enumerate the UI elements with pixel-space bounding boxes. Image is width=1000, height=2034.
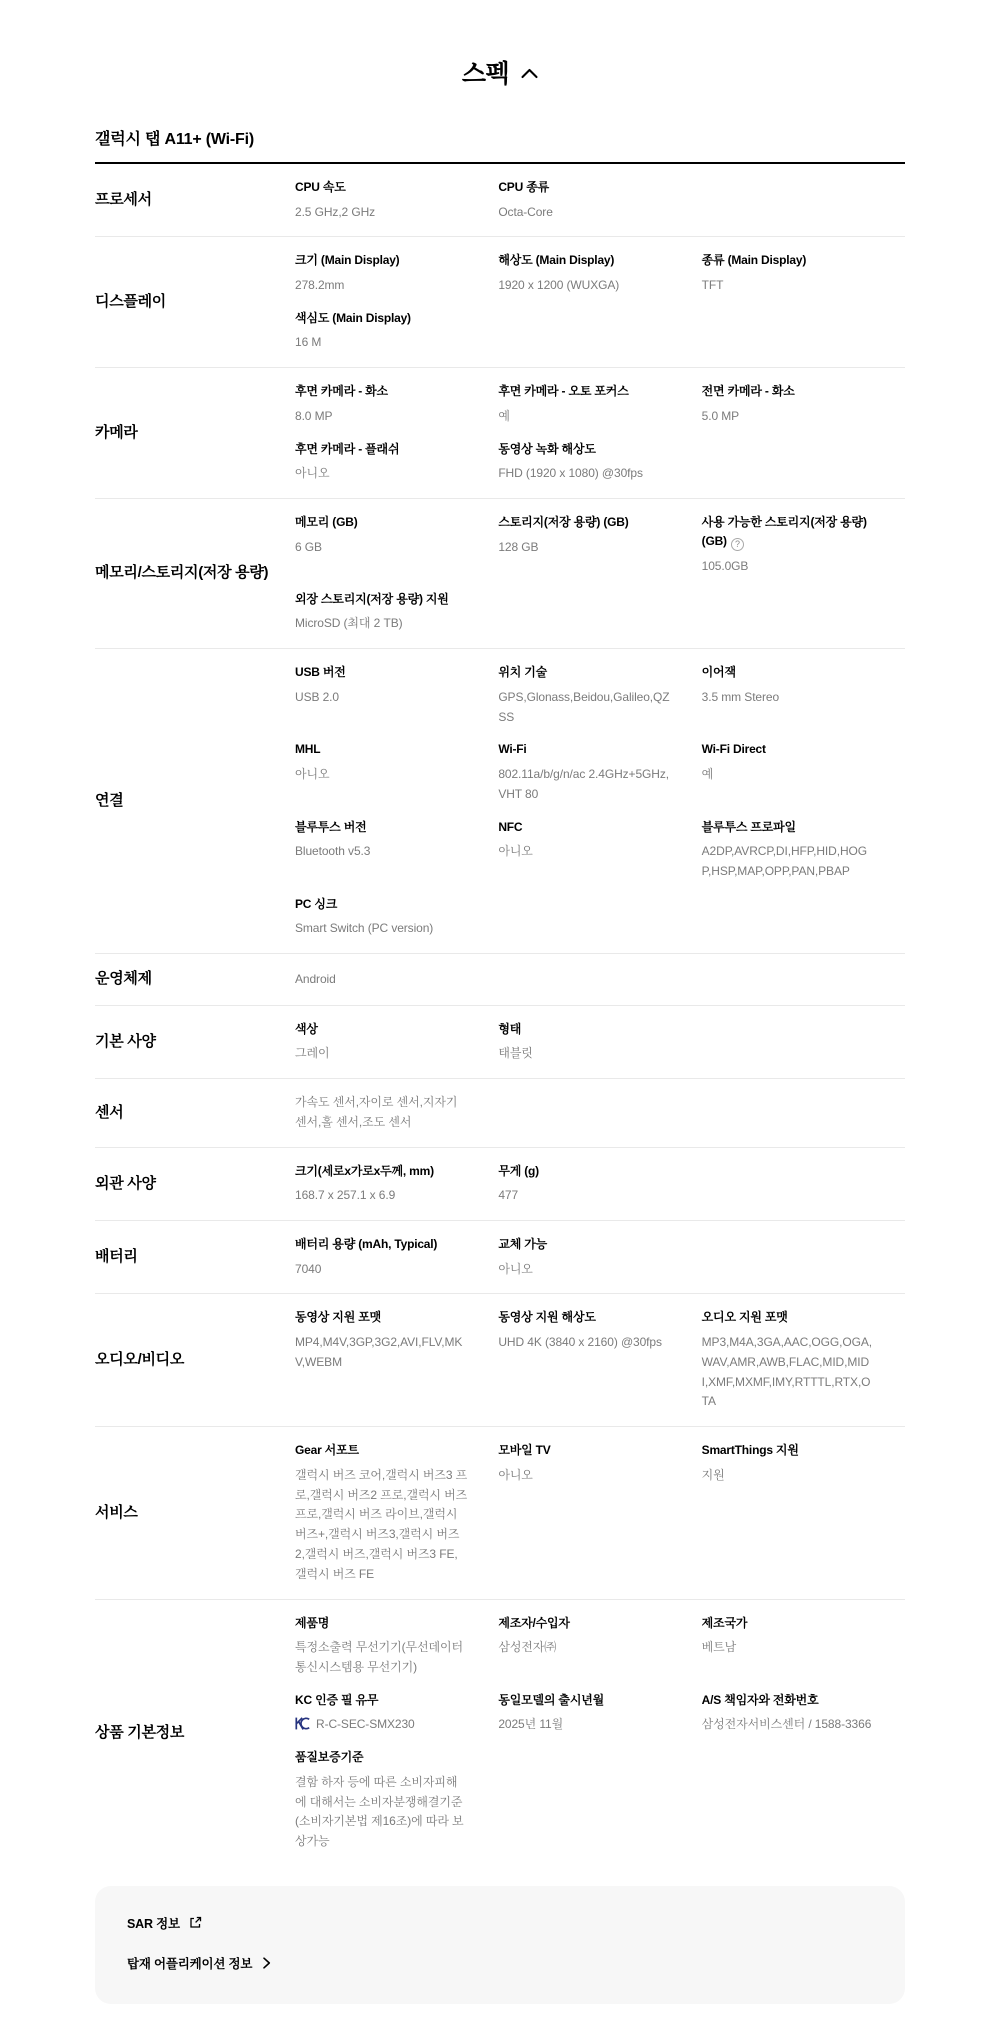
spec-cell: 종류 (Main Display)TFT bbox=[702, 251, 905, 295]
spec-item-value: 지원 bbox=[702, 1466, 875, 1486]
spec-cell: 가속도 센서,자이로 센서,지자기 센서,홀 센서,조도 센서 bbox=[295, 1093, 498, 1133]
spec-cell: 제조자/수입자삼성전자㈜ bbox=[498, 1614, 701, 1658]
spec-item-value: 3.5 mm Stereo bbox=[702, 688, 875, 708]
spec-item-label: 크기 (Main Display) bbox=[295, 251, 468, 270]
spec-item-value: 삼성전자서비스센터 / 1588-3366 bbox=[702, 1715, 875, 1735]
chevron-right-icon bbox=[261, 1957, 272, 1969]
spec-item-label: 품질보증기준 bbox=[295, 1748, 468, 1767]
spec-cell: 블루투스 버전Bluetooth v5.3 bbox=[295, 818, 498, 862]
spec-content: 갤럭시 탭 A11+ (Wi-Fi) 프로세서 CPU 속도2.5 GHz,2 … bbox=[95, 126, 905, 2004]
spec-item-value: 128 GB bbox=[498, 538, 671, 558]
spec-item-label: CPU 종류 bbox=[498, 178, 671, 197]
spec-row: 카메라 후면 카메라 - 화소8.0 MP후면 카메라 - 오토 포커스예전면 … bbox=[95, 368, 905, 499]
spec-item-value: MP4,M4V,3GP,3G2,AVI,FLV,MKV,WEBM bbox=[295, 1333, 468, 1373]
spec-item-label: NFC bbox=[498, 818, 671, 837]
spec-row: 운영체제 Android bbox=[95, 954, 905, 1006]
spec-cell: 후면 카메라 - 오토 포커스예 bbox=[498, 382, 701, 426]
spec-row: 메모리/스토리지(저장 용량) 메모리 (GB)6 GB스토리지(저장 용량) … bbox=[95, 499, 905, 649]
spec-item-value: 5.0 MP bbox=[702, 407, 875, 427]
spec-item-label: 전면 카메라 - 화소 bbox=[702, 382, 875, 401]
spec-item-value: GPS,Glonass,Beidou,Galileo,QZSS bbox=[498, 688, 671, 728]
spec-cell: 스토리지(저장 용량) (GB)128 GB bbox=[498, 513, 701, 557]
spec-item-value: MP3,M4A,3GA,AAC,OGG,OGA,WAV,AMR,AWB,FLAC… bbox=[702, 1333, 875, 1412]
spec-item-value: 예 bbox=[498, 407, 671, 427]
spec-cell: 동일모델의 출시년월2025년 11월 bbox=[498, 1691, 701, 1735]
spec-row: 프로세서 CPU 속도2.5 GHz,2 GHzCPU 종류Octa-Core bbox=[95, 164, 905, 237]
row-grid: 배터리 용량 (mAh, Typical)7040교체 가능아니오 bbox=[295, 1235, 905, 1279]
row-label: 운영체제 bbox=[95, 968, 295, 991]
spec-item-value: 갤럭시 버즈 코어,갤럭시 버즈3 프로,갤럭시 버즈2 프로,갤럭시 버즈 프… bbox=[295, 1466, 468, 1585]
spec-cell: 동영상 지원 포맷MP4,M4V,3GP,3G2,AVI,FLV,MKV,WEB… bbox=[295, 1308, 498, 1372]
spec-item-value: 예 bbox=[702, 765, 875, 785]
spec-cell: 색상그레이 bbox=[295, 1020, 498, 1064]
spec-item-label: 외장 스토리지(저장 용량) 지원 bbox=[295, 590, 468, 609]
spec-cell: 크기(세로x가로x두께, mm)168.7 x 257.1 x 6.9 bbox=[295, 1162, 498, 1206]
spec-item-value: Octa-Core bbox=[498, 203, 671, 223]
spec-row: 서비스 Gear 서포트갤럭시 버즈 코어,갤럭시 버즈3 프로,갤럭시 버즈2… bbox=[95, 1427, 905, 1599]
row-label: 배터리 bbox=[95, 1246, 295, 1269]
row-label: 프로세서 bbox=[95, 189, 295, 212]
spec-item-label: 블루투스 프로파일 bbox=[702, 818, 875, 837]
spec-cell: 위치 기술GPS,Glonass,Beidou,Galileo,QZSS bbox=[498, 663, 701, 727]
row-label: 오디오/비디오 bbox=[95, 1349, 295, 1372]
spec-item-value: R-C-SEC-SMX230 bbox=[295, 1715, 468, 1735]
spec-item-value: 그레이 bbox=[295, 1044, 468, 1064]
spec-row: 배터리 배터리 용량 (mAh, Typical)7040교체 가능아니오 bbox=[95, 1221, 905, 1294]
spec-item-label: KC 인증 필 유무 bbox=[295, 1691, 468, 1710]
spec-item-value: 태블릿 bbox=[498, 1044, 671, 1064]
spec-item-value: 아니오 bbox=[498, 842, 671, 862]
spec-item-label: 후면 카메라 - 화소 bbox=[295, 382, 468, 401]
spec-item-label: A/S 책임자와 전화번호 bbox=[702, 1691, 875, 1710]
spec-item-label: 후면 카메라 - 플래쉬 bbox=[295, 440, 468, 459]
spec-row: 센서 가속도 센서,자이로 센서,지자기 센서,홀 센서,조도 센서 bbox=[95, 1079, 905, 1148]
chevron-up-icon bbox=[521, 65, 538, 79]
spec-item-label: MHL bbox=[295, 740, 468, 759]
help-tooltip-icon[interactable]: ? bbox=[731, 538, 744, 551]
sar-info-label: SAR 정보 bbox=[127, 1914, 180, 1932]
spec-item-value: Smart Switch (PC version) bbox=[295, 919, 468, 939]
spec-item-label: 동영상 지원 해상도 bbox=[498, 1308, 671, 1327]
spec-cell: MHL아니오 bbox=[295, 740, 498, 784]
spec-cell: 해상도 (Main Display)1920 x 1200 (WUXGA) bbox=[498, 251, 701, 295]
spec-item-label: 무게 (g) bbox=[498, 1162, 671, 1181]
spec-item-value: 2.5 GHz,2 GHz bbox=[295, 203, 468, 223]
spec-cell: Wi-Fi802.11a/b/g/n/ac 2.4GHz+5GHz, VHT 8… bbox=[498, 740, 701, 804]
spec-item-value: Android bbox=[295, 970, 468, 990]
spec-item-value: 베트남 bbox=[702, 1638, 875, 1658]
spec-item-label: 동영상 녹화 해상도 bbox=[498, 440, 671, 459]
spec-item-label: 종류 (Main Display) bbox=[702, 251, 875, 270]
spec-item-value: UHD 4K (3840 x 2160) @30fps bbox=[498, 1333, 671, 1353]
row-label: 메모리/스토리지(저장 용량) bbox=[95, 562, 295, 585]
row-grid: USB 버전USB 2.0위치 기술GPS,Glonass,Beidou,Gal… bbox=[295, 663, 905, 939]
spec-item-label: 제조국가 bbox=[702, 1614, 875, 1633]
spec-item-value: 2025년 11월 bbox=[498, 1715, 671, 1735]
spec-cell: 후면 카메라 - 화소8.0 MP bbox=[295, 382, 498, 426]
spec-cell: CPU 속도2.5 GHz,2 GHz bbox=[295, 178, 498, 222]
spec-item-value: USB 2.0 bbox=[295, 688, 468, 708]
spec-cell: 배터리 용량 (mAh, Typical)7040 bbox=[295, 1235, 498, 1279]
spec-item-label: 제조자/수입자 bbox=[498, 1614, 671, 1633]
spec-item-label: 제품명 bbox=[295, 1614, 468, 1633]
spec-item-label: 모바일 TV bbox=[498, 1441, 671, 1460]
preloaded-apps-info-label: 탑재 어플리케이션 정보 bbox=[127, 1954, 252, 1972]
spec-item-value: 특정소출력 무선기기(무선데이터통신시스템용 무선기기) bbox=[295, 1638, 468, 1678]
spec-item-label: USB 버전 bbox=[295, 663, 468, 682]
row-label: 카메라 bbox=[95, 422, 295, 445]
spec-item-value: 아니오 bbox=[498, 1260, 671, 1280]
kc-certification-icon bbox=[295, 1715, 310, 1735]
spec-cell: 교체 가능아니오 bbox=[498, 1235, 701, 1279]
row-label: 외관 사양 bbox=[95, 1173, 295, 1196]
spec-row: 외관 사양 크기(세로x가로x두께, mm)168.7 x 257.1 x 6.… bbox=[95, 1148, 905, 1221]
row-grid: 크기 (Main Display)278.2mm해상도 (Main Displa… bbox=[295, 251, 905, 353]
spec-row: 연결 USB 버전USB 2.0위치 기술GPS,Glonass,Beidou,… bbox=[95, 649, 905, 954]
spec-item-value: 802.11a/b/g/n/ac 2.4GHz+5GHz, VHT 80 bbox=[498, 765, 671, 805]
spec-item-label: 동일모델의 출시년월 bbox=[498, 1691, 671, 1710]
spec-item-label: 이어잭 bbox=[702, 663, 875, 682]
row-label: 연결 bbox=[95, 790, 295, 813]
spec-cell: 모바일 TV아니오 bbox=[498, 1441, 701, 1485]
spec-cell: 동영상 녹화 해상도FHD (1920 x 1080) @30fps bbox=[498, 440, 701, 484]
spec-item-value: 16 M bbox=[295, 333, 468, 353]
spec-cell: 크기 (Main Display)278.2mm bbox=[295, 251, 498, 295]
spec-item-value: 278.2mm bbox=[295, 276, 468, 296]
spec-item-label: 색심도 (Main Display) bbox=[295, 309, 468, 328]
row-label: 기본 사양 bbox=[95, 1031, 295, 1054]
external-link-icon bbox=[189, 1916, 202, 1929]
spec-row: 상품 기본정보 제품명특정소출력 무선기기(무선데이터통신시스템용 무선기기)제… bbox=[95, 1600, 905, 1866]
spec-cell: 형태태블릿 bbox=[498, 1020, 701, 1064]
spec-item-label: 후면 카메라 - 오토 포커스 bbox=[498, 382, 671, 401]
spec-item-label: 형태 bbox=[498, 1020, 671, 1039]
spec-table: 프로세서 CPU 속도2.5 GHz,2 GHzCPU 종류Octa-Core … bbox=[95, 164, 905, 1866]
spec-item-label: CPU 속도 bbox=[295, 178, 468, 197]
spec-cell: 동영상 지원 해상도UHD 4K (3840 x 2160) @30fps bbox=[498, 1308, 701, 1352]
spec-item-label: 교체 가능 bbox=[498, 1235, 671, 1254]
spec-cell: NFC아니오 bbox=[498, 818, 701, 862]
spec-item-value: 아니오 bbox=[498, 1466, 671, 1486]
spec-row: 디스플레이 크기 (Main Display)278.2mm해상도 (Main … bbox=[95, 237, 905, 368]
spec-item-value: 아니오 bbox=[295, 765, 468, 785]
spec-cell: 메모리 (GB)6 GB bbox=[295, 513, 498, 557]
spec-cell: A/S 책임자와 전화번호삼성전자서비스센터 / 1588-3366 bbox=[702, 1691, 905, 1735]
spec-cell: 오디오 지원 포맷MP3,M4A,3GA,AAC,OGG,OGA,WAV,AMR… bbox=[702, 1308, 905, 1412]
spec-item-value: 105.0GB bbox=[702, 557, 875, 577]
row-label: 센서 bbox=[95, 1102, 295, 1125]
spec-cell: Android bbox=[295, 970, 498, 990]
row-grid: 크기(세로x가로x두께, mm)168.7 x 257.1 x 6.9무게 (g… bbox=[295, 1162, 905, 1206]
row-grid: 제품명특정소출력 무선기기(무선데이터통신시스템용 무선기기)제조자/수입자삼성… bbox=[295, 1614, 905, 1852]
row-grid: CPU 속도2.5 GHz,2 GHzCPU 종류Octa-Core bbox=[295, 178, 905, 222]
spec-item-value: FHD (1920 x 1080) @30fps bbox=[498, 464, 671, 484]
spec-item-label: 색상 bbox=[295, 1020, 468, 1039]
spec-item-label: 해상도 (Main Display) bbox=[498, 251, 671, 270]
spec-cell: Wi-Fi Direct예 bbox=[702, 740, 905, 784]
info-box: SAR 정보 탑재 어플리케이션 정보 bbox=[95, 1886, 905, 2004]
spec-row: 오디오/비디오 동영상 지원 포맷MP4,M4V,3GP,3G2,AVI,FLV… bbox=[95, 1294, 905, 1427]
spec-item-value: Bluetooth v5.3 bbox=[295, 842, 468, 862]
spec-cell: 품질보증기준결함 하자 등에 따른 소비자피해에 대해서는 소비자분쟁해결기준(… bbox=[295, 1748, 498, 1852]
spec-section-toggle[interactable]: 스펙 bbox=[0, 0, 1000, 90]
spec-item-label: 크기(세로x가로x두께, mm) bbox=[295, 1162, 468, 1181]
spec-cell: USB 버전USB 2.0 bbox=[295, 663, 498, 707]
row-grid: 후면 카메라 - 화소8.0 MP후면 카메라 - 오토 포커스예전면 카메라 … bbox=[295, 382, 905, 484]
spec-item-value: 삼성전자㈜ bbox=[498, 1638, 671, 1658]
row-grid: 가속도 센서,자이로 센서,지자기 센서,홀 센서,조도 센서 bbox=[295, 1093, 905, 1133]
spec-item-label: 사용 가능한 스토리지(저장 용량) (GB)? bbox=[702, 513, 875, 551]
spec-cell: 제품명특정소출력 무선기기(무선데이터통신시스템용 무선기기) bbox=[295, 1614, 498, 1678]
spec-item-label: 배터리 용량 (mAh, Typical) bbox=[295, 1235, 468, 1254]
spec-cell: PC 싱크Smart Switch (PC version) bbox=[295, 895, 498, 939]
spec-item-value: A2DP,AVRCP,DI,HFP,HID,HOGP,HSP,MAP,OPP,P… bbox=[702, 842, 875, 882]
spec-item-label: PC 싱크 bbox=[295, 895, 468, 914]
spec-item-value: 6 GB bbox=[295, 538, 468, 558]
sar-info-link[interactable]: SAR 정보 bbox=[127, 1914, 202, 1932]
spec-item-value: 결함 하자 등에 따른 소비자피해에 대해서는 소비자분쟁해결기준(소비자기본법… bbox=[295, 1773, 468, 1852]
row-label: 디스플레이 bbox=[95, 291, 295, 314]
spec-cell: Gear 서포트갤럭시 버즈 코어,갤럭시 버즈3 프로,갤럭시 버즈2 프로,… bbox=[295, 1441, 498, 1584]
spec-cell: 블루투스 프로파일A2DP,AVRCP,DI,HFP,HID,HOGP,HSP,… bbox=[702, 818, 905, 882]
spec-item-value: MicroSD (최대 2 TB) bbox=[295, 614, 468, 634]
spec-item-label: 동영상 지원 포맷 bbox=[295, 1308, 468, 1327]
spec-item-label: 메모리 (GB) bbox=[295, 513, 468, 532]
spec-item-label: Wi-Fi Direct bbox=[702, 740, 875, 759]
spec-cell: 무게 (g)477 bbox=[498, 1162, 701, 1206]
spec-item-value: 168.7 x 257.1 x 6.9 bbox=[295, 1186, 468, 1206]
spec-item-value: 가속도 센서,자이로 센서,지자기 센서,홀 센서,조도 센서 bbox=[295, 1093, 468, 1133]
spec-item-value: TFT bbox=[702, 276, 875, 296]
spec-cell: CPU 종류Octa-Core bbox=[498, 178, 701, 222]
spec-item-label: Gear 서포트 bbox=[295, 1441, 468, 1460]
spec-cell: 외장 스토리지(저장 용량) 지원MicroSD (최대 2 TB) bbox=[295, 590, 498, 634]
spec-item-label: Wi-Fi bbox=[498, 740, 671, 759]
spec-cell: SmartThings 지원지원 bbox=[702, 1441, 905, 1485]
spec-row: 기본 사양 색상그레이형태태블릿 bbox=[95, 1006, 905, 1079]
spec-item-value: 477 bbox=[498, 1186, 671, 1206]
spec-item-label: SmartThings 지원 bbox=[702, 1441, 875, 1460]
spec-page: 스펙 갤럭시 탭 A11+ (Wi-Fi) 프로세서 CPU 속도2.5 GHz… bbox=[0, 0, 1000, 2034]
spec-item-label: 오디오 지원 포맷 bbox=[702, 1308, 875, 1327]
spec-cell: 제조국가베트남 bbox=[702, 1614, 905, 1658]
preloaded-apps-info-link[interactable]: 탑재 어플리케이션 정보 bbox=[127, 1954, 272, 1972]
row-grid: 메모리 (GB)6 GB스토리지(저장 용량) (GB)128 GB사용 가능한… bbox=[295, 513, 905, 634]
spec-item-value: 아니오 bbox=[295, 464, 468, 484]
row-grid: 색상그레이형태태블릿 bbox=[295, 1020, 905, 1064]
spec-item-value: 1920 x 1200 (WUXGA) bbox=[498, 276, 671, 296]
row-grid: Gear 서포트갤럭시 버즈 코어,갤럭시 버즈3 프로,갤럭시 버즈2 프로,… bbox=[295, 1441, 905, 1584]
spec-cell: 전면 카메라 - 화소5.0 MP bbox=[702, 382, 905, 426]
spec-cell: 사용 가능한 스토리지(저장 용량) (GB)?105.0GB bbox=[702, 513, 905, 577]
row-label: 서비스 bbox=[95, 1502, 295, 1525]
spec-item-label: 스토리지(저장 용량) (GB) bbox=[498, 513, 671, 532]
row-label: 상품 기본정보 bbox=[95, 1722, 295, 1745]
spec-item-value: 8.0 MP bbox=[295, 407, 468, 427]
spec-cell: 후면 카메라 - 플래쉬아니오 bbox=[295, 440, 498, 484]
spec-cell: 색심도 (Main Display)16 M bbox=[295, 309, 498, 353]
spec-cell: 이어잭3.5 mm Stereo bbox=[702, 663, 905, 707]
page-title: 스펙 bbox=[462, 54, 509, 90]
spec-cell: KC 인증 필 유무R-C-SEC-SMX230 bbox=[295, 1691, 498, 1735]
spec-item-label: 위치 기술 bbox=[498, 663, 671, 682]
spec-item-label: 블루투스 버전 bbox=[295, 818, 468, 837]
spec-item-value: 7040 bbox=[295, 1260, 468, 1280]
product-name: 갤럭시 탭 A11+ (Wi-Fi) bbox=[95, 126, 905, 164]
row-grid: Android bbox=[295, 970, 905, 990]
row-grid: 동영상 지원 포맷MP4,M4V,3GP,3G2,AVI,FLV,MKV,WEB… bbox=[295, 1308, 905, 1412]
